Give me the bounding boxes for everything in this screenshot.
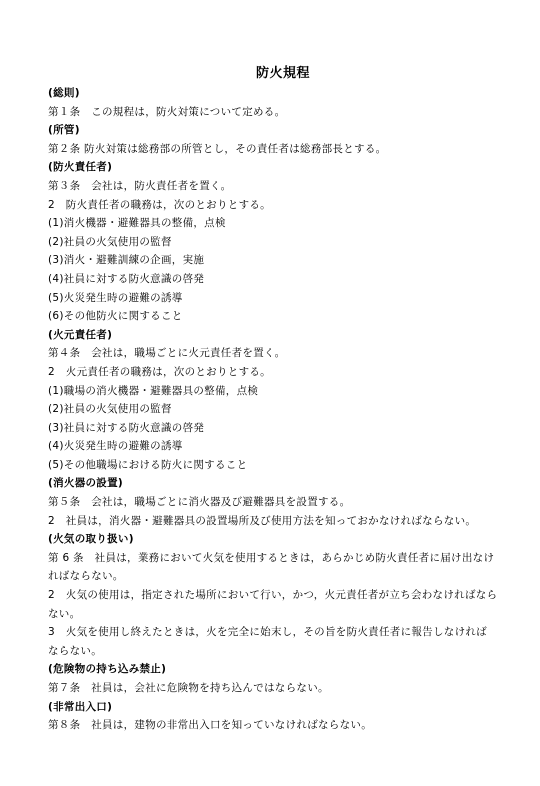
article-text: (4)社員に対する防火意識の啓発 <box>48 270 518 289</box>
article-text: ればならない。 <box>48 567 518 586</box>
article-text: 第３条 会社は，防火責任者を置く。 <box>48 177 518 196</box>
section-heading: (非常出入口) <box>48 698 518 717</box>
article-text: (4)火災発生時の避難の誘導 <box>48 437 518 456</box>
article-text: 第１条 この規程は，防火対策について定める。 <box>48 103 518 122</box>
article-text: 2 火気の使用は，指定された場所において行い，かつ，火元責任者が立ち会わなければ… <box>48 586 518 605</box>
article-text: (6)その他防火に関すること <box>48 307 518 326</box>
article-text: 第８条 社員は，建物の非常出入口を知っていなければならない。 <box>48 716 518 735</box>
article-text: 3 火気を使用し終えたときは，火を完全に始末し，その旨を防火責任者に報告しなけれ… <box>48 623 518 642</box>
article-text: 第 6 条 社員は，業務において火気を使用するときは，あらかじめ防火責任者に届け… <box>48 549 518 568</box>
document-body: (総則)第１条 この規程は，防火対策について定める。(所管)第２条 防火対策は総… <box>48 84 518 735</box>
article-text: 第７条 社員は，会社に危険物を持ち込んではならない。 <box>48 679 518 698</box>
article-text: 2 防火責任者の職務は，次のとおりとする。 <box>48 196 518 215</box>
article-text: (3)社員に対する防火意識の啓発 <box>48 419 518 438</box>
section-heading: (火元責任者) <box>48 326 518 345</box>
article-text: (3)消火・避難訓練の企画，実施 <box>48 251 518 270</box>
section-heading: (所管) <box>48 121 518 140</box>
article-text: ない。 <box>48 605 518 624</box>
article-text: 2 社員は，消火器・避難器具の設置場所及び使用方法を知っておかなければならない。 <box>48 512 518 531</box>
section-heading: (消火器の設置) <box>48 474 518 493</box>
document-title: 防火規程 <box>48 64 518 84</box>
document-page: 防火規程 (総則)第１条 この規程は，防火対策について定める。(所管)第２条 防… <box>48 64 518 735</box>
section-heading: (火気の取り扱い) <box>48 530 518 549</box>
article-text: 2 火元責任者の職務は，次のとおりとする。 <box>48 363 518 382</box>
section-heading: (総則) <box>48 84 518 103</box>
article-text: (1)消火機器・避難器具の整備，点検 <box>48 214 518 233</box>
article-text: 第４条 会社は，職場ごとに火元責任者を置く。 <box>48 344 518 363</box>
article-text: ならない。 <box>48 642 518 661</box>
article-text: (2)社員の火気使用の監督 <box>48 233 518 252</box>
article-text: 第５条 会社は，職場ごとに消火器及び避難器具を設置する。 <box>48 493 518 512</box>
article-text: 第２条 防火対策は総務部の所管とし，その責任者は総務部長とする。 <box>48 140 518 159</box>
article-text: (5)その他職場における防火に関すること <box>48 456 518 475</box>
section-heading: (危険物の持ち込み禁止) <box>48 660 518 679</box>
article-text: (1)職場の消火機器・避難器具の整備，点検 <box>48 382 518 401</box>
article-text: (2)社員の火気使用の監督 <box>48 400 518 419</box>
article-text: (5)火災発生時の避難の誘導 <box>48 289 518 308</box>
section-heading: (防火責任者) <box>48 158 518 177</box>
